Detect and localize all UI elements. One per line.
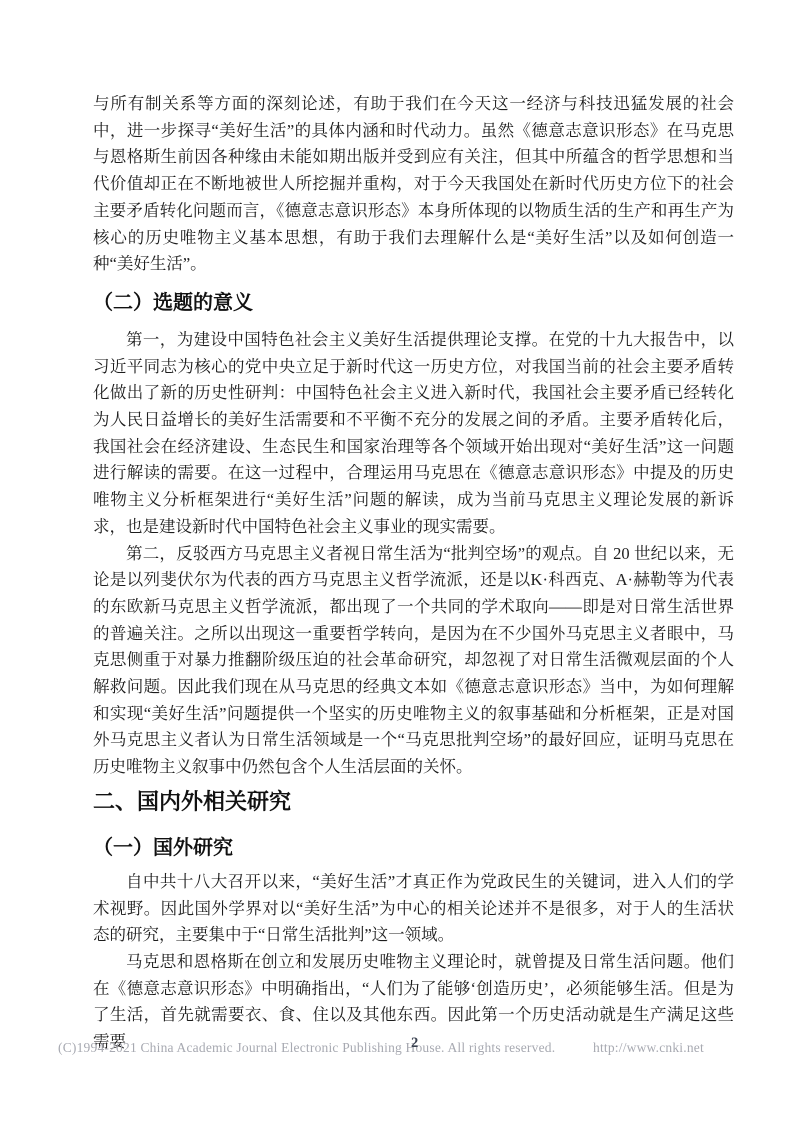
cnki-url: http://www.cnki.net [593, 1040, 704, 1056]
page-number: 2 [411, 1035, 418, 1051]
section-heading-foreign-research: （一）国外研究 [93, 834, 734, 862]
paragraph-second-point: 第二，反驳西方马克思主义者视日常生活为“批判空场”的观点。自 20 世纪以来，无… [93, 541, 734, 781]
paragraph-intro-continuation: 与所有制关系等方面的深刻论述，有助于我们在今天这一经济与科技迅猛发展的社会中，进… [93, 91, 734, 278]
section-heading-related-research: 二、国内外相关研究 [93, 787, 734, 817]
paragraph-foreign-research-1: 自中共十八大召开以来，“美好生活”才真正作为党政民生的关键词，进入人们的学术视野… [93, 869, 734, 949]
section-heading-significance: （二）选题的意义 [93, 289, 734, 317]
page-body: 与所有制关系等方面的深刻论述，有助于我们在今天这一经济与科技迅猛发展的社会中，进… [93, 91, 734, 1056]
cnki-copyright-watermark: (C)1994-2021 China Academic Journal Elec… [58, 1040, 555, 1056]
document-page: 与所有制关系等方面的深刻论述，有助于我们在今天这一经济与科技迅猛发展的社会中，进… [0, 0, 793, 1122]
paragraph-first-point: 第一，为建设中国特色社会主义美好生活提供理论支撑。在党的十九大报告中，以习近平同… [93, 327, 734, 541]
